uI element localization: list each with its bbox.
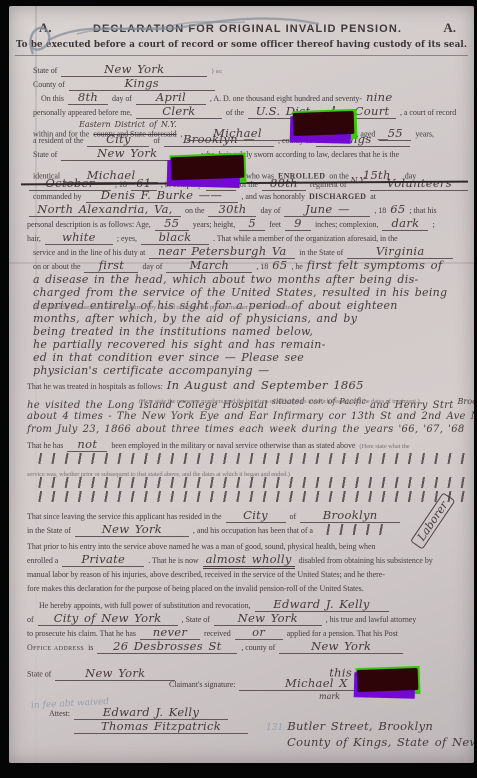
handwritten-entry: dark bbox=[382, 217, 428, 231]
printed-text: day of bbox=[260, 206, 280, 215]
header-letter-right: A. bbox=[443, 20, 456, 36]
handwritten-entry: New York bbox=[75, 523, 189, 537]
printed-text: , a court of record bbox=[400, 108, 456, 117]
form-line: personally appeared before me, Clerk of … bbox=[19, 104, 470, 118]
handwritten-entry: New York bbox=[214, 612, 322, 626]
form-line: Office address is 26 Desbrosses St , cou… bbox=[19, 639, 470, 653]
redaction-dark-layer bbox=[356, 668, 418, 692]
form-line bbox=[19, 451, 470, 465]
handwritten-entry: Denis F. Burke —— bbox=[86, 189, 238, 203]
handwritten-entry: City bbox=[87, 133, 149, 147]
handwritten-entry: North Alexandria, Va, bbox=[29, 203, 181, 217]
form-line: personal description is as follows: Age,… bbox=[19, 216, 470, 230]
printed-text: on the bbox=[185, 206, 204, 215]
handwritten-entry: 26 Desbrosses St bbox=[97, 640, 237, 654]
printed-text: . That while a member of the organizatio… bbox=[213, 234, 398, 243]
fine-print: (If disabled by disease, state fully its… bbox=[33, 304, 297, 311]
printed-text: On this bbox=[41, 94, 64, 103]
printed-text: personal description is as follows: Age, bbox=[27, 220, 151, 229]
printed-text: Attest: bbox=[49, 709, 70, 718]
form-line: service was, whether prior or subsequent… bbox=[19, 465, 470, 475]
printed-text: ; that his bbox=[409, 206, 436, 215]
form-line: in the State of New York , and his occup… bbox=[19, 522, 470, 536]
handwritten-entry: near Petersburgh Va bbox=[149, 245, 295, 259]
form-line: of City of New York , State of New York … bbox=[19, 611, 470, 625]
handwritten-entry: County of Kings, State of New York bbox=[287, 735, 474, 749]
printed-text: day of bbox=[112, 94, 132, 103]
redaction-dark-layer bbox=[293, 111, 355, 137]
printed-text: of bbox=[27, 615, 34, 624]
form-line: identical Michael who was ENROLLED on th… bbox=[19, 160, 470, 174]
form-line: charged from the service of the United S… bbox=[19, 285, 470, 298]
printed-text: , his true and lawful attorney bbox=[326, 615, 416, 624]
handwritten-entry: Private bbox=[62, 553, 144, 567]
form-line: on or about the first day of March , 18 … bbox=[19, 258, 470, 272]
handwritten-entry: 65 bbox=[390, 202, 405, 216]
printed-text: personally appeared before me, bbox=[33, 108, 132, 117]
printed-text: ; eyes, bbox=[117, 234, 137, 243]
form-line bbox=[19, 475, 470, 489]
printed-text: . That he is now bbox=[148, 556, 198, 565]
printed-text: years; height, bbox=[193, 220, 235, 229]
printed-text: feet bbox=[269, 220, 281, 229]
handwritten-entry: white bbox=[45, 231, 113, 245]
handwritten-entry: not bbox=[67, 438, 107, 452]
handwritten-entry: In August and September 1865 bbox=[167, 378, 364, 392]
redaction-dark-layer bbox=[170, 155, 244, 181]
form-line: from July 23, 1866 about three times eac… bbox=[19, 421, 470, 434]
printed-text: manual labor by reason of his injuries, … bbox=[27, 570, 385, 579]
form-line: ed in that condition ever since — Please… bbox=[19, 350, 470, 363]
handwritten-entry: from July 23, 1866 about three times eac… bbox=[27, 424, 465, 435]
handwritten-entry: first felt symptoms of bbox=[307, 258, 443, 272]
paper-sheet: A. DECLARATION FOR ORIGINAL INVALID PENS… bbox=[9, 6, 474, 763]
form-line: He hereby appoints, with full power of s… bbox=[19, 597, 470, 611]
printed-text: to prosecute his claim. That he has bbox=[27, 629, 136, 638]
scratch-marks bbox=[29, 453, 469, 464]
handwritten-entry: June — bbox=[284, 203, 370, 217]
redaction-block bbox=[293, 110, 357, 140]
fine-print: } ss: bbox=[211, 68, 222, 75]
printed-text: been employed in the military or naval s… bbox=[111, 441, 355, 450]
handwritten-entry: 8th bbox=[68, 91, 108, 105]
fine-print: (Here state what the bbox=[359, 443, 409, 450]
printed-text: of bbox=[290, 512, 297, 521]
form-line: physician's certificate accompanying — bbox=[19, 363, 470, 376]
handwritten-entry: N.Y. bbox=[350, 176, 366, 185]
redaction-block bbox=[356, 667, 420, 695]
printed-text: , and his occupation has been that of a bbox=[193, 526, 313, 535]
printed-text: ; bbox=[432, 220, 434, 229]
printed-text: inches; complexion, bbox=[315, 220, 378, 229]
printed-text: day of bbox=[142, 262, 162, 271]
form-line: a disease in the head, which about two m… bbox=[19, 272, 470, 285]
handwritten-entry: nine bbox=[366, 90, 393, 104]
printed-text: That he has bbox=[27, 441, 63, 450]
handwritten-entry: Eastern District of N.Y. bbox=[79, 120, 177, 129]
printed-text: State of bbox=[33, 66, 57, 75]
form-line: manual labor by reason of his injuries, … bbox=[19, 566, 470, 580]
handwritten-entry: Thomas Fitzpatrick bbox=[74, 720, 248, 734]
form-line: he partially recovered his sight and has… bbox=[19, 337, 470, 350]
printed-text: , A. D. one thousand eight hundred and s… bbox=[210, 94, 362, 103]
printed-text: Claimant's signature: bbox=[169, 680, 235, 689]
fine-print: (Here state the names or numbers, and th… bbox=[139, 398, 420, 405]
form-line: North Alexandria, Va, on the 30th day of… bbox=[19, 202, 470, 216]
printed-text: , he bbox=[291, 262, 302, 271]
printed-text: in the State of bbox=[27, 526, 71, 535]
printed-text: received bbox=[204, 629, 231, 638]
form-line: months, after which, by the aid of physi… bbox=[19, 311, 470, 324]
form-line: County of Kings bbox=[19, 76, 470, 90]
form-line: commanded by Denis F. Burke —— , and was… bbox=[19, 188, 470, 202]
printed-text: County of bbox=[33, 80, 65, 89]
pencil-scribble bbox=[17, 8, 327, 66]
printed-text: commanded by bbox=[33, 192, 82, 201]
printed-text: , county of bbox=[241, 643, 275, 652]
form-line bbox=[19, 489, 470, 503]
form-line: being treated in the institutions named … bbox=[19, 324, 470, 337]
printed-text: That he was treated in hospitals as foll… bbox=[27, 382, 163, 391]
redaction-block bbox=[170, 154, 246, 184]
form-line: a resident of the City of Brooklyn — , c… bbox=[19, 132, 470, 146]
handwritten-entry: New York bbox=[279, 640, 403, 654]
handwritten-entry: Brooklyn bbox=[458, 397, 474, 406]
document-body: State of New York } ss: County of Kings … bbox=[9, 62, 474, 749]
handwritten-entry: Butler Street, Brooklyn bbox=[287, 719, 433, 733]
form-line: That he was treated in hospitals as foll… bbox=[19, 378, 470, 392]
form-line: That prior to his entry into the service… bbox=[19, 538, 470, 552]
handwritten-entry: 5 bbox=[239, 217, 265, 231]
handwritten-entry: Brooklyn — bbox=[164, 133, 274, 147]
handwritten-entry: Kings bbox=[69, 77, 215, 91]
handwritten-entry: Clerk bbox=[136, 105, 222, 119]
printed-text-smallcaps: Office address bbox=[27, 643, 84, 652]
handwritten-entry: 30th bbox=[208, 203, 256, 217]
printed-text: applied for a pension. That his Post bbox=[287, 629, 398, 638]
printed-text: of the bbox=[226, 108, 244, 117]
handwritten-entry: black bbox=[141, 231, 209, 245]
handwritten-entry: 65 bbox=[272, 258, 287, 272]
form-line: hair, white ; eyes, black . That while a… bbox=[19, 230, 470, 244]
printed-text: enrolled a bbox=[27, 556, 58, 565]
form-line: That he has not been employed in the mil… bbox=[19, 437, 470, 451]
form-line: Thomas Fitzpatrick 131 Butler Street, Br… bbox=[19, 719, 470, 733]
handwritten-entry: Edward J. Kelly bbox=[74, 706, 228, 720]
scratch-marks bbox=[29, 491, 474, 502]
handwritten-entry: Virginia bbox=[347, 245, 453, 259]
printed-text-bold: DISCHARGED bbox=[309, 192, 366, 201]
scratch-marks bbox=[29, 477, 474, 488]
pencil-note: 131 bbox=[266, 723, 283, 733]
printed-text: of bbox=[153, 136, 160, 145]
form-line: County of Kings, State of New York bbox=[19, 735, 470, 749]
form-line: enrolled a Private . That he is now almo… bbox=[19, 552, 470, 566]
form-line: service and in the line of his duty at n… bbox=[19, 244, 470, 258]
printed-text: disabled from obtaining his subsistence … bbox=[299, 556, 433, 565]
printed-text: hair, bbox=[27, 234, 41, 243]
handwritten-entry: March bbox=[166, 259, 252, 273]
handwritten-entry: mark bbox=[319, 692, 340, 701]
form-line: That since leaving the service this appl… bbox=[19, 508, 470, 522]
handwritten-entry: 9 bbox=[285, 217, 311, 231]
form-line: about 4 times - The New York Eye and Ear… bbox=[19, 408, 470, 421]
printed-text: He hereby appoints, with full power of s… bbox=[39, 601, 251, 610]
printed-text: , 18 bbox=[256, 262, 268, 271]
handwritten-entry: City bbox=[226, 509, 286, 523]
printed-text: is bbox=[88, 643, 93, 652]
scratch-marks bbox=[317, 524, 387, 535]
handwritten-entry: physician's certificate accompanying — bbox=[33, 364, 269, 377]
printed-text: fore makes this declaration for the purp… bbox=[27, 584, 364, 593]
printed-text: service and in the line of his duty at bbox=[33, 248, 145, 257]
handwritten-entry: never bbox=[140, 626, 200, 640]
printed-text: on or about the bbox=[33, 262, 80, 271]
handwritten-entry: first bbox=[84, 259, 138, 273]
printed-text: , State of bbox=[182, 615, 210, 624]
form-line: State of New York this bbox=[19, 659, 470, 673]
handwritten-entry: April bbox=[136, 91, 206, 105]
printed-text: , and was honorably bbox=[242, 192, 305, 201]
form-line: fore makes this declaration for the purp… bbox=[19, 580, 470, 594]
printed-text: State of bbox=[33, 150, 57, 159]
handwritten-entry: 55 bbox=[155, 217, 189, 231]
handwritten-entry: City of New York bbox=[38, 612, 178, 626]
scanned-document-page: A. DECLARATION FOR ORIGINAL INVALID PENS… bbox=[0, 0, 477, 778]
